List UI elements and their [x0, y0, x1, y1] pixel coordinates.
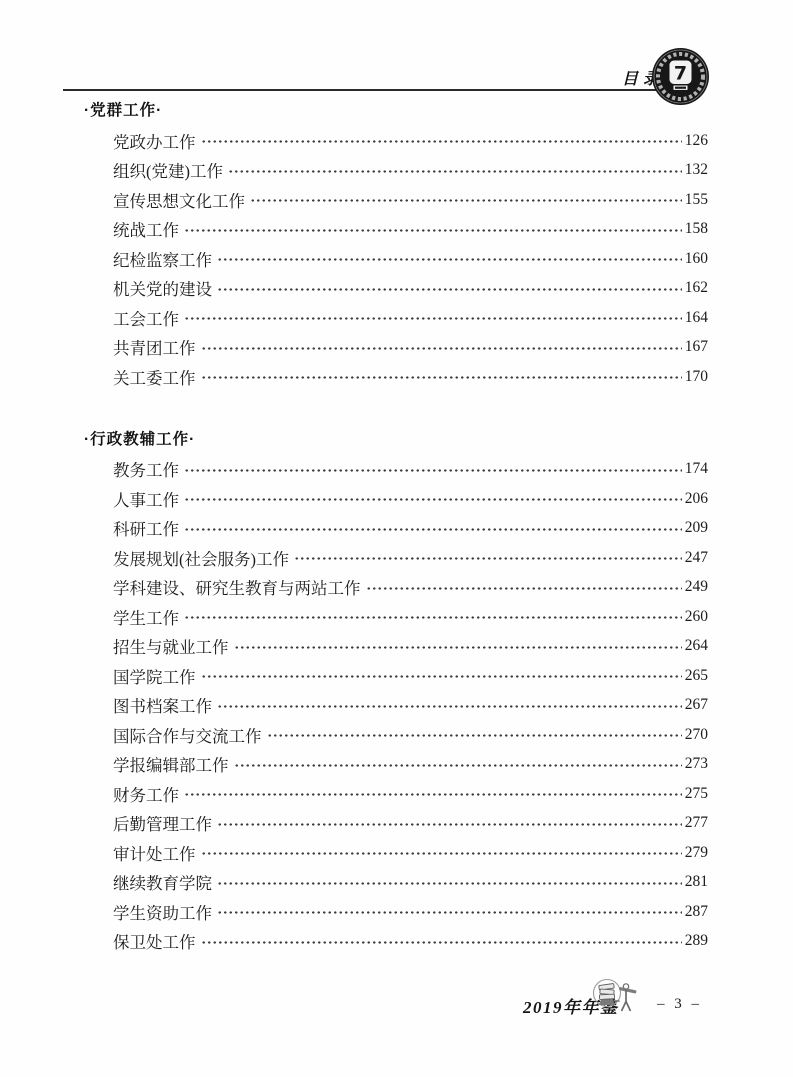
entry-title: 教务工作 — [84, 457, 179, 481]
dot-leader — [250, 198, 682, 203]
toc-entry: 国际合作与交流工作270 — [84, 720, 708, 750]
toc-section: ·行政教辅工作·教务工作174人事工作206科研工作209发展规划(社会服务)工… — [84, 425, 708, 957]
entry-page-number: 281 — [685, 873, 708, 891]
entry-title: 保卫处工作 — [84, 929, 196, 953]
entry-page-number: 167 — [685, 338, 708, 356]
entry-page-number: 279 — [685, 844, 708, 862]
dot-leader — [201, 375, 682, 380]
toc-entry: 科研工作209 — [84, 514, 708, 544]
dot-leader — [217, 257, 682, 262]
entry-page-number: 265 — [685, 667, 708, 685]
dot-leader — [217, 704, 682, 709]
entry-page-number: 170 — [685, 368, 708, 386]
entry-title: 学生工作 — [84, 605, 179, 629]
entry-title: 学报编辑部工作 — [84, 752, 229, 776]
entry-title: 招生与就业工作 — [84, 634, 229, 658]
toc-entry: 学科建设、研究生教育与两站工作249 — [84, 573, 708, 603]
dot-leader — [217, 881, 682, 886]
dot-leader — [184, 792, 682, 797]
dot-leader — [201, 851, 682, 856]
section-heading: ·党群工作· — [84, 96, 708, 126]
toc-entry: 宣传思想文化工作155 — [84, 185, 708, 215]
entry-page-number: 247 — [685, 549, 708, 567]
toc-entry: 学报编辑部工作273 — [84, 750, 708, 780]
toc-entry: 后勤管理工作277 — [84, 809, 708, 839]
toc-entry: 人事工作206 — [84, 484, 708, 514]
entry-page-number: 206 — [685, 490, 708, 508]
dot-leader — [201, 139, 682, 144]
entry-page-number: 174 — [685, 460, 708, 478]
entry-page-number: 277 — [685, 814, 708, 832]
dot-leader — [366, 586, 682, 591]
entry-title: 党政办工作 — [84, 129, 196, 153]
dot-leader — [217, 287, 682, 292]
entry-page-number: 158 — [685, 220, 708, 238]
dot-leader — [184, 497, 682, 502]
dot-leader — [294, 556, 682, 561]
toc-entry: 关工委工作170 — [84, 362, 708, 392]
toc-entry: 党政办工作126 — [84, 126, 708, 156]
entry-title: 纪检监察工作 — [84, 247, 212, 271]
header-rule — [63, 89, 667, 91]
dot-leader — [184, 228, 682, 233]
dot-leader — [234, 645, 682, 650]
toc-entry: 图书档案工作267 — [84, 691, 708, 721]
toc-entry: 学生工作260 — [84, 602, 708, 632]
toc-entry: 发展规划(社会服务)工作247 — [84, 543, 708, 573]
entry-page-number: 249 — [685, 578, 708, 596]
dot-leader — [184, 527, 682, 532]
toc-entry: 财务工作275 — [84, 779, 708, 809]
entry-page-number: 162 — [685, 279, 708, 297]
toc-entry: 学生资助工作287 — [84, 897, 708, 927]
toc-entry: 纪检监察工作160 — [84, 244, 708, 274]
dot-leader — [217, 822, 682, 827]
dot-leader — [234, 763, 682, 768]
entry-page-number: 270 — [685, 726, 708, 744]
toc-entry: 保卫处工作289 — [84, 927, 708, 957]
toc-body: ·党群工作·党政办工作126组织(党建)工作132宣传思想文化工作155统战工作… — [84, 96, 708, 956]
entry-title: 共青团工作 — [84, 335, 196, 359]
entry-title: 国际合作与交流工作 — [84, 723, 262, 747]
entry-title: 工会工作 — [84, 306, 179, 330]
toc-entry: 审计处工作279 — [84, 838, 708, 868]
toc-entry: 机关党的建设162 — [84, 274, 708, 304]
toc-page: 目录 7 ·党群工作·党政办工作126组织(党建)工作132宣传思想文化工作15… — [0, 0, 793, 1077]
entry-page-number: 287 — [685, 903, 708, 921]
toc-entry: 工会工作164 — [84, 303, 708, 333]
toc-entry: 教务工作174 — [84, 455, 708, 485]
dot-leader — [228, 169, 682, 174]
toc-entry: 共青团工作167 — [84, 333, 708, 363]
entry-title: 学科建设、研究生教育与两站工作 — [84, 575, 361, 599]
toc-entry: 招生与就业工作264 — [84, 632, 708, 662]
entry-title: 统战工作 — [84, 217, 179, 241]
entry-title: 发展规划(社会服务)工作 — [84, 546, 289, 570]
seal-numeral: 7 — [674, 63, 687, 85]
dot-leader — [184, 615, 682, 620]
entry-title: 组织(党建)工作 — [84, 158, 223, 182]
dot-leader — [267, 733, 682, 738]
dot-leader — [184, 316, 682, 321]
toc-entry: 继续教育学院281 — [84, 868, 708, 898]
entry-page-number: 126 — [685, 132, 708, 150]
entry-page-number: 160 — [685, 250, 708, 268]
dot-leader — [184, 468, 682, 473]
entry-page-number: 275 — [685, 785, 708, 803]
entry-title: 继续教育学院 — [84, 870, 212, 894]
toc-entry: 组织(党建)工作132 — [84, 156, 708, 186]
entry-title: 关工委工作 — [84, 365, 196, 389]
entry-page-number: 155 — [685, 191, 708, 209]
dot-leader — [201, 346, 682, 351]
entry-title: 科研工作 — [84, 516, 179, 540]
toc-entry: 国学院工作265 — [84, 661, 708, 691]
entry-page-number: 289 — [685, 932, 708, 950]
entry-page-number: 209 — [685, 519, 708, 537]
section-heading: ·行政教辅工作· — [84, 425, 708, 455]
entry-page-number: 164 — [685, 309, 708, 327]
entry-page-number: 132 — [685, 161, 708, 179]
entry-page-number: 267 — [685, 696, 708, 714]
page-number: – 3 – — [657, 996, 702, 1013]
entry-title: 财务工作 — [84, 782, 179, 806]
entry-title: 审计处工作 — [84, 841, 196, 865]
entry-title: 学生资助工作 — [84, 900, 212, 924]
dot-leader — [201, 674, 682, 679]
entry-title: 图书档案工作 — [84, 693, 212, 717]
entry-page-number: 260 — [685, 608, 708, 626]
entry-title: 国学院工作 — [84, 664, 196, 688]
mascot-icon — [591, 977, 639, 1020]
entry-title: 宣传思想文化工作 — [84, 188, 245, 212]
entry-title: 后勤管理工作 — [84, 811, 212, 835]
entry-page-number: 264 — [685, 637, 708, 655]
entry-page-number: 273 — [685, 755, 708, 773]
toc-section: ·党群工作·党政办工作126组织(党建)工作132宣传思想文化工作155统战工作… — [84, 96, 708, 392]
dot-leader — [201, 940, 682, 945]
dot-leader — [217, 910, 682, 915]
toc-entry: 统战工作158 — [84, 215, 708, 245]
entry-title: 机关党的建设 — [84, 276, 212, 300]
entry-title: 人事工作 — [84, 487, 179, 511]
